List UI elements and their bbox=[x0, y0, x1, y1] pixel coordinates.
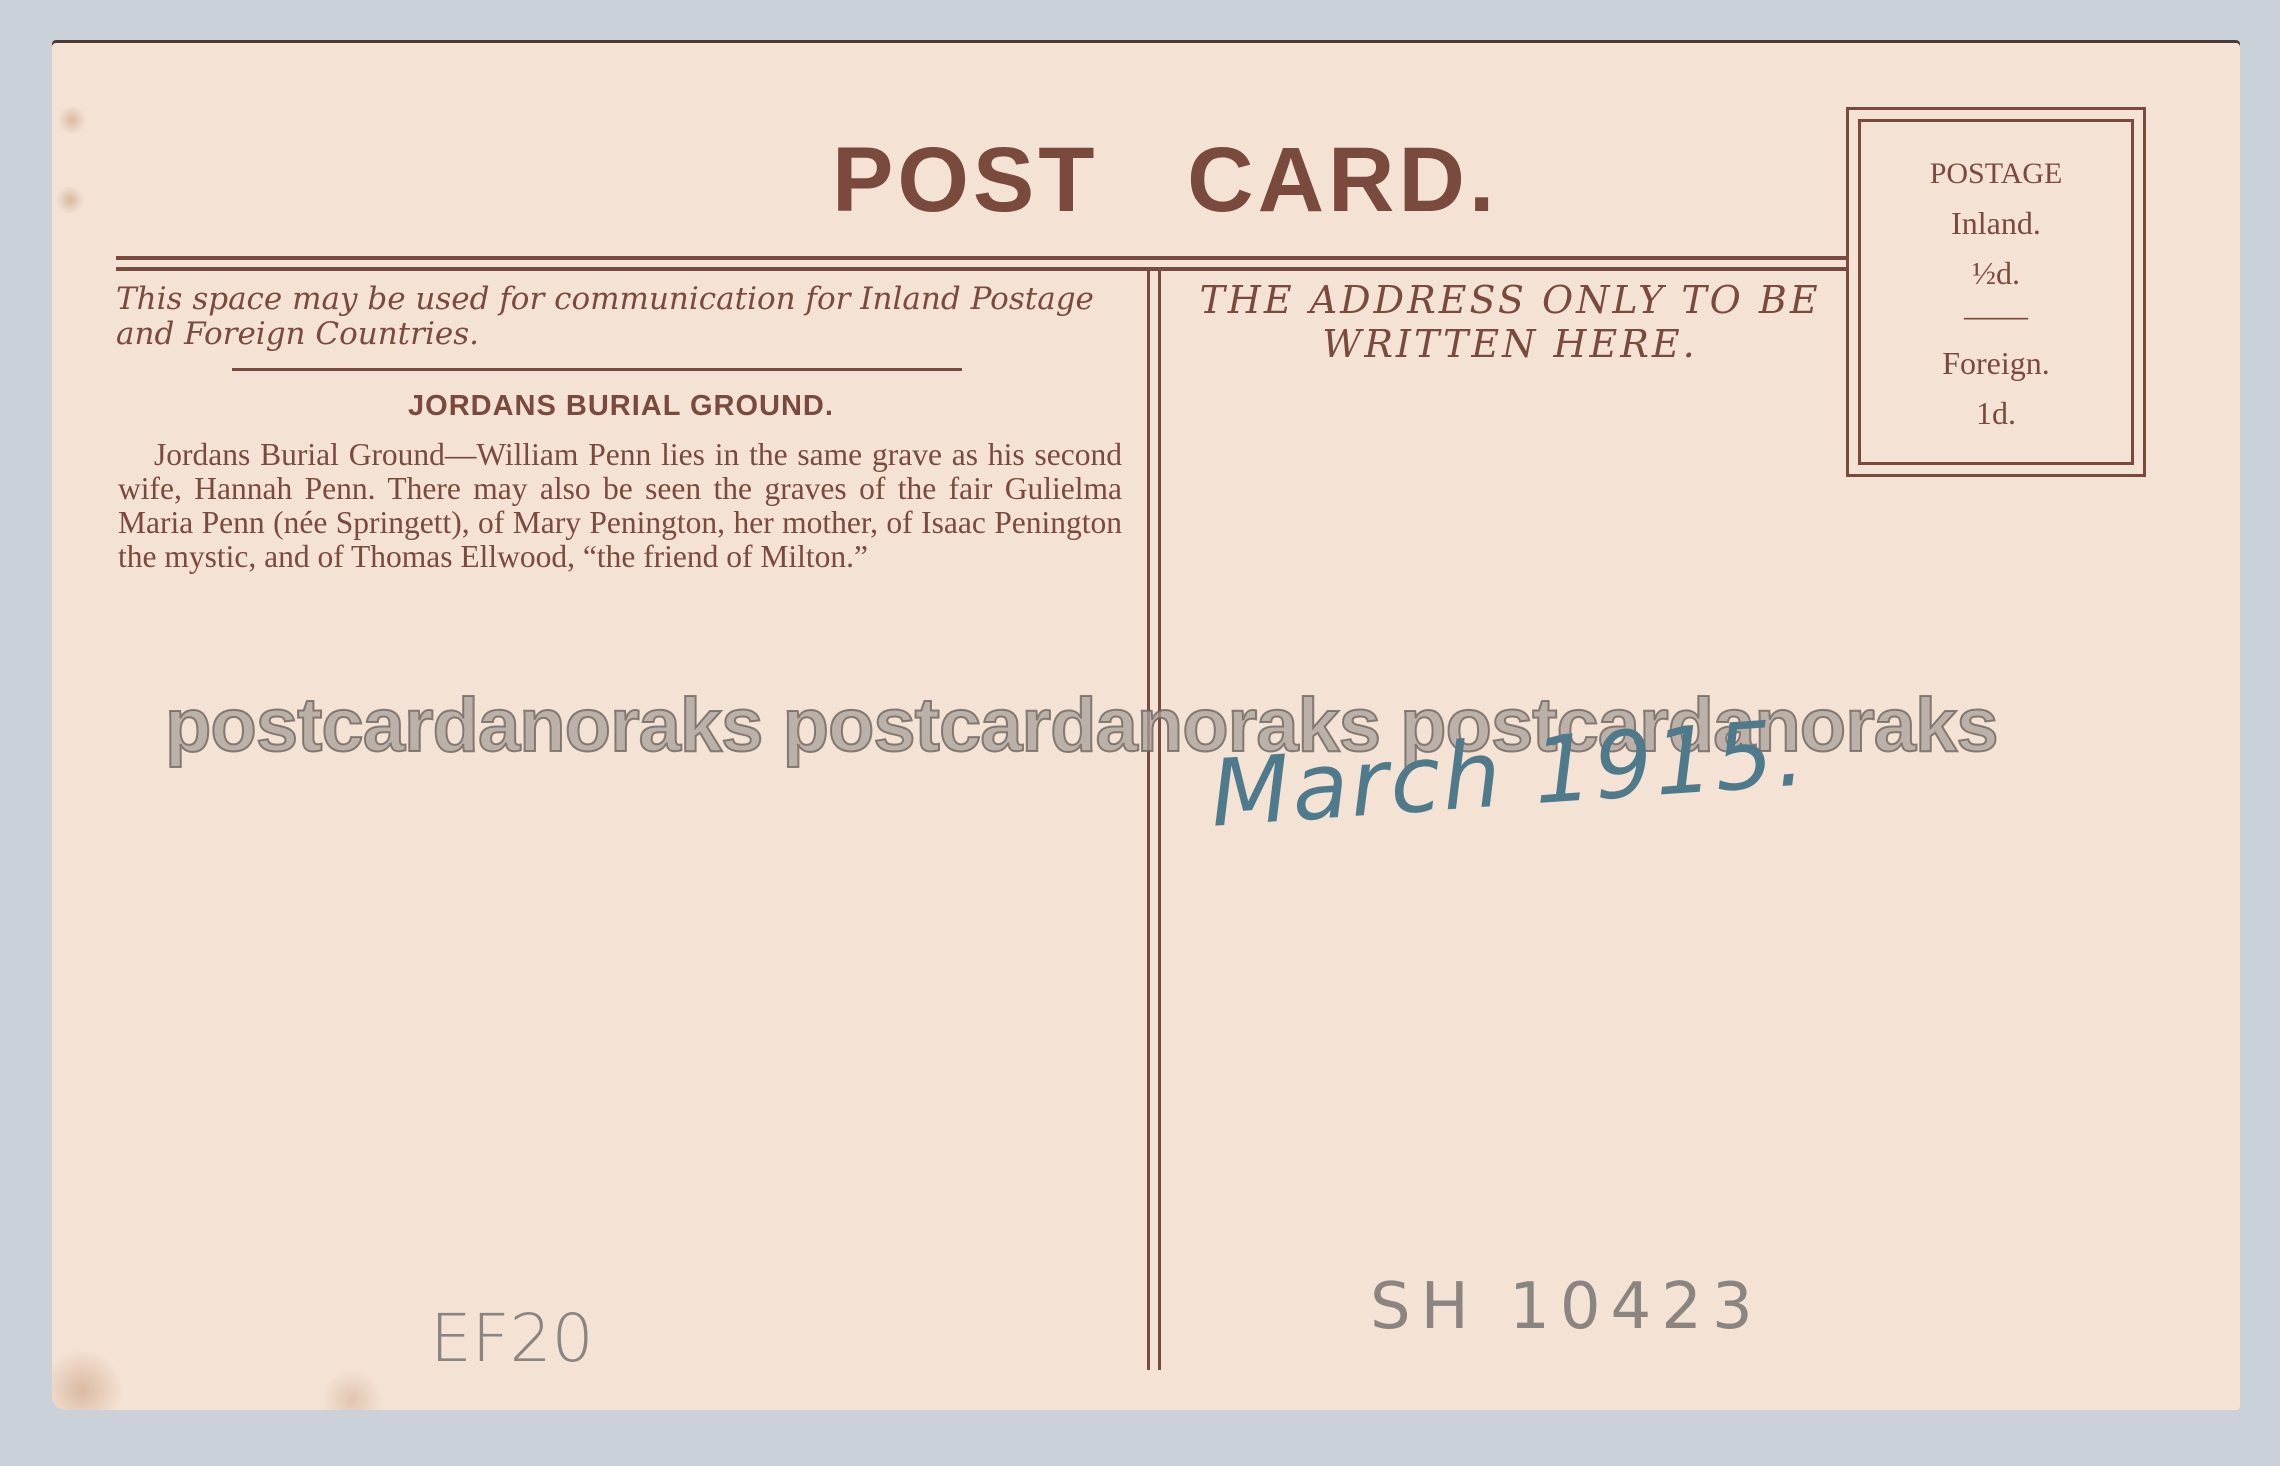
divider-right bbox=[1158, 270, 1161, 1370]
card-description: Jordans Burial Ground—William Penn lies … bbox=[118, 438, 1122, 574]
pencil-code-right: SH 10423 bbox=[1370, 1270, 1763, 1344]
stamp-separator: —— bbox=[1846, 297, 2146, 334]
stamp-inland: Inland. bbox=[1846, 205, 2146, 242]
address-note: THE ADDRESS ONLY TO BE WRITTEN HERE. bbox=[1175, 278, 1845, 366]
communication-note: This space may be used for communication… bbox=[116, 282, 1126, 352]
stamp-foreign: Foreign. bbox=[1846, 345, 2146, 382]
pencil-code-left: EF20 bbox=[430, 1300, 594, 1377]
stamp-inland-rate: ½d. bbox=[1846, 255, 2146, 292]
card-heading: JORDANS BURIAL GROUND. bbox=[116, 390, 1126, 423]
heading-rule bbox=[232, 368, 962, 371]
top-rule-upper bbox=[116, 256, 1846, 260]
stamp-postage: POSTAGE bbox=[1846, 157, 2146, 191]
divider-left bbox=[1147, 270, 1150, 1370]
description-text: Jordans Burial Ground—William Penn lies … bbox=[118, 438, 1122, 574]
stamp-box: POSTAGE Inland. ½d. —— Foreign. 1d. bbox=[1846, 107, 2146, 477]
stamp-foreign-rate: 1d. bbox=[1846, 395, 2146, 432]
top-rule-lower bbox=[116, 267, 1846, 271]
post-card-title: POST CARD. bbox=[832, 128, 1498, 233]
